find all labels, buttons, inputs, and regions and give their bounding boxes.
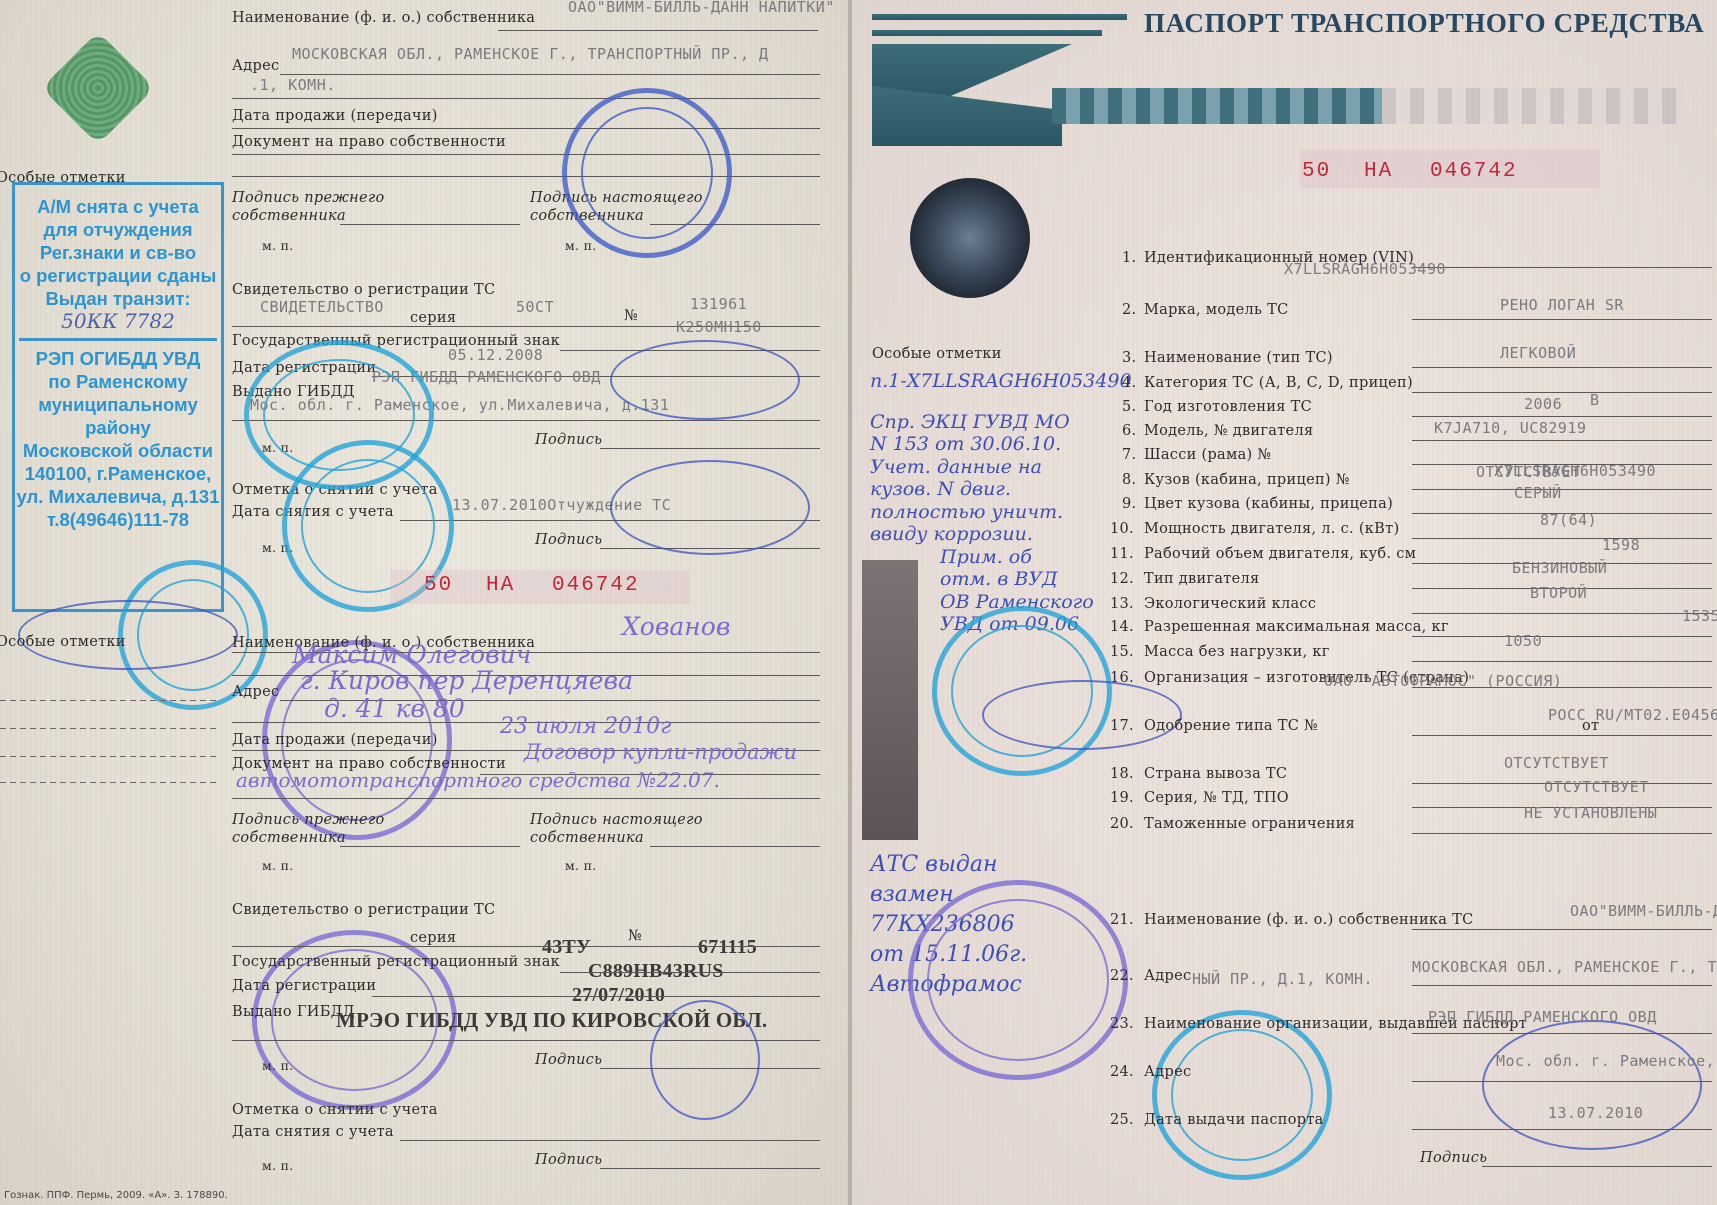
dereg-mark-label: Отметка о снятии с учета (232, 1102, 438, 1118)
field-number: 1. (1122, 250, 1136, 266)
signature-scribble (610, 460, 810, 555)
field-value: СЕРЫЙ (1514, 484, 1562, 502)
stamp-line: РЭП ОГИБДД УВД (15, 347, 221, 370)
stamp-line: ул. Михалевича, д.131 (15, 485, 221, 508)
new-address-handwritten-2: д. 41 кв 80 (324, 694, 465, 723)
field-from-label: от (1582, 718, 1599, 734)
field-number: 17. (1110, 718, 1134, 734)
field-number: 12. (1110, 571, 1134, 587)
new-owner-handwritten-2: Максим Олегович (292, 640, 531, 669)
field-value: ОАО"ВИММ-БИЛЛЬ-ДАНН НАПИ (1570, 902, 1717, 920)
field-label: Одобрение типа ТС № (1144, 718, 1318, 734)
prev-address-value-1: МОСКОВСКАЯ ОБЛ., РАМЕНСКОЕ Г., ТРАНСПОРТ… (292, 45, 769, 63)
plate-value: К250МН150 (676, 318, 762, 336)
field-value: РОСС RU/МТ02.Е04567 24.04.2006 (1548, 706, 1717, 724)
field-value: МОСКОВСКАЯ ОБЛ., РАМЕНСКОЕ Г., ТРАНСПОРТ (1412, 958, 1717, 976)
dereg-date-label: Дата снятия с учета (232, 1124, 394, 1140)
special-marks-label: Особые отметки (872, 346, 1002, 362)
number-value: 131961 (690, 295, 747, 313)
serial-number: 046742 (552, 574, 640, 597)
field-value: 1050 (1504, 632, 1542, 650)
signature-label: Подпись (535, 432, 602, 448)
seal-label: м. п. (262, 858, 293, 873)
field-number: 16. (1110, 670, 1134, 686)
field-label: Цвет кузова (кабины, прицепа) (1144, 496, 1393, 512)
field-number: 3. (1122, 350, 1136, 366)
signature-label: Подпись (535, 532, 602, 548)
field-label: Марка, модель ТС (1144, 302, 1289, 318)
field-value: ОТСУТСТВУЕТ (1504, 754, 1609, 772)
stamp-line: району (15, 416, 221, 439)
prev-address-value-2: .1, КОМН. (250, 76, 336, 94)
field-label: Мощность двигателя, л. с. (кВт) (1144, 521, 1399, 537)
field-value: ВТОРОЙ (1530, 584, 1587, 602)
signature-scribble (1482, 1020, 1702, 1150)
stamp-line: о регистрации сданы (15, 264, 221, 287)
prev-owner-value: ОАО"ВИММ-БИЛЛЬ-ДАНН НАПИТКИ" (568, 0, 835, 16)
signature-scribble (650, 1000, 760, 1120)
field-value: 13.07.2010 (1548, 1104, 1643, 1122)
field-label: Страна вывоза ТС (1144, 766, 1287, 782)
stamp-line: А/М снята с учета (15, 195, 221, 218)
field-number: 11. (1110, 546, 1134, 562)
field-label: Наименование (тип ТС) (1144, 350, 1333, 366)
serial-series: 50 (424, 574, 453, 597)
new-address-handwritten-1: г. Киров пер Деренцяева (300, 666, 633, 695)
field-value: 87(64) (1540, 511, 1597, 529)
new-address-label: Адрес (232, 684, 279, 700)
field-number: 15. (1110, 644, 1134, 660)
seal-label: м. п. (565, 238, 596, 253)
field-value-continued: НЫЙ ПР., Д.1, КОМН. (1192, 970, 1373, 988)
signature-label: Подпись (535, 1052, 602, 1068)
stamp-line: 140100, г.Раменское, (15, 462, 221, 485)
field-value: X7LLSRAGH6H053490 (1284, 260, 1446, 278)
field-label: Модель, № двигателя (1144, 423, 1313, 439)
field-value: ЛЕГКОВОЙ (1500, 344, 1576, 362)
field-number: 5. (1122, 399, 1136, 415)
ownership-doc-handwritten-1: Договор купли-продажи (524, 740, 797, 764)
reg-date-label: Дата регистрации (232, 978, 376, 994)
field-number: 20. (1110, 816, 1134, 832)
cur-owner-signature-label-2: собственника (530, 830, 644, 846)
reg-cert-value: СВИДЕТЕЛЬСТВО (260, 298, 384, 316)
field-value: ОАО "АВТОФРАМОС" (РОССИЯ) (1324, 672, 1562, 690)
field-number: 18. (1110, 766, 1134, 782)
field-number: 21. (1110, 912, 1134, 928)
signature-scribble (982, 680, 1182, 750)
prev-owner-signature-label-2: собственника (232, 830, 346, 846)
field-number: 7. (1122, 447, 1136, 463)
green-security-emblem-icon (41, 31, 154, 144)
field-value: X7LLSRAGH6H053490 (1494, 462, 1656, 480)
field-number: 25. (1110, 1112, 1134, 1128)
field-number: 6. (1122, 423, 1136, 439)
police-round-stamp (1152, 1010, 1332, 1180)
stamp-line: Выдан транзит: (15, 287, 221, 310)
field-label: Рабочий объем двигателя, куб. см (1144, 546, 1416, 562)
number-label: № (628, 928, 642, 944)
stamp-line: для отчуждения (15, 218, 221, 241)
new-owner-handwritten-1: Хованов (622, 612, 730, 641)
seal-label: м. п. (262, 1158, 293, 1173)
signature-label: Подпись (535, 1152, 602, 1168)
field-label: Категория ТС (А, В, С, D, прицеп) (1144, 375, 1413, 391)
cur-owner-signature-label-1: Подпись настоящего (530, 812, 703, 828)
prev-owner-signature-label-1: Подпись прежнего (232, 812, 385, 828)
serial-series: 50 (1302, 160, 1331, 183)
field-number: 19. (1110, 790, 1134, 806)
field-value: B (1590, 391, 1600, 409)
field-number: 10. (1110, 521, 1134, 537)
field-label: Адрес (1144, 1064, 1191, 1080)
field-label: Адрес (1144, 968, 1191, 984)
field-number: 24. (1110, 1064, 1134, 1080)
field-label: Масса без нагрузки, кг (1144, 644, 1330, 660)
print-footer: Гознак. ППФ. Пермь, 2009. «А». З. 178890… (4, 1190, 228, 1201)
series-label: серия (410, 930, 456, 946)
series-label: серия (410, 310, 456, 326)
document-title: ПАСПОРТ ТРАНСПОРТНОГО СРЕДСТВА (1144, 8, 1704, 39)
prev-owner-label: Наименование (ф. и. о.) собственника (232, 10, 535, 26)
prev-sale-date-label: Дата продажи (передачи) (232, 108, 438, 124)
reg-date-value: 05.12.2008 (448, 346, 543, 364)
seal-label: м. п. (565, 858, 596, 873)
ornament-band (1052, 88, 1382, 124)
field-label: Шасси (рама) № (1144, 447, 1271, 463)
series-value: 50СТ (516, 298, 554, 316)
field-value: 2006 (1524, 395, 1562, 413)
stamp-line: т.8(49646)111-78 (15, 508, 221, 531)
field-value: Мос. обл. г. Раменское, ул.Михалевича, д… (1496, 1052, 1717, 1070)
field-value: ОТСУТСТВУЕТ (1544, 778, 1649, 796)
prev-ownership-doc-label: Документ на право собственности (232, 134, 506, 150)
prev-address-label: Адрес (232, 58, 279, 74)
field-label: Год изготовления ТС (1144, 399, 1312, 415)
field-value: K7JA710, UC82919 (1434, 419, 1587, 437)
serial-letters: НА (1364, 160, 1393, 183)
field-value: РЕНО ЛОГАН SR (1500, 296, 1624, 314)
field-number: 8. (1122, 472, 1136, 488)
field-label: Тип двигателя (1144, 571, 1259, 587)
field-label: Экологический класс (1144, 596, 1316, 612)
deregistration-stamp: А/М снята с учета для отчуждения Рег.зна… (12, 182, 224, 612)
stamp-line: муниципальному (15, 393, 221, 416)
field-number: 9. (1122, 496, 1136, 512)
reg-cert-label: Свидетельство о регистрации ТС (232, 282, 495, 298)
seal-label: м. п. (262, 1058, 293, 1073)
field-number: 4. (1122, 375, 1136, 391)
field-number: 14. (1110, 619, 1134, 635)
field-number: 22. (1110, 968, 1134, 984)
transit-plate-handwritten: 50КК 7782 (15, 310, 221, 334)
field-label: Таможенные ограничения (1144, 816, 1355, 832)
field-label: Разрешенная максимальная масса, кг (1144, 619, 1449, 635)
field-value: БЕНЗИНОВЫЙ (1512, 559, 1607, 577)
number-value: 671115 (698, 936, 757, 959)
special-marks-label: Особые отметки (0, 634, 126, 650)
serial-number: 046742 (1430, 160, 1518, 183)
number-label: № (624, 308, 638, 324)
field-value: НЕ УСТАНОВЛЕНЫ (1524, 804, 1657, 822)
field-number: 23. (1110, 1016, 1134, 1032)
field-label: Серия, № ТД, ТПО (1144, 790, 1289, 806)
field-number: 2. (1122, 302, 1136, 318)
police-round-stamp (908, 880, 1128, 1080)
prev-owner-signature-label-2: собственника (232, 208, 346, 224)
stamp-line: Московской области (15, 439, 221, 462)
field-label: Дата выдачи паспорта (1144, 1112, 1324, 1128)
field-label: Кузов (кабина, прицеп) № (1144, 472, 1350, 488)
field-value: 1598 (1602, 536, 1640, 554)
stamp-line: по Раменскому (15, 370, 221, 393)
signature-scribble (610, 340, 800, 420)
new-sale-date-label: Дата продажи (передачи) (232, 732, 438, 748)
sale-date-handwritten: 23 июля 2010г (500, 714, 671, 739)
reg-cert-label: Свидетельство о регистрации ТС (232, 902, 495, 918)
field-value: РЭП ГИБДД РАМЕНСКОГО ОВД (1428, 1008, 1657, 1026)
company-round-stamp (562, 88, 732, 258)
serial-letters: НА (486, 574, 515, 597)
field-value: 1535 (1682, 607, 1717, 625)
field-number: 13. (1110, 596, 1134, 612)
field-label: Наименование (ф. и. о.) собственника ТС (1144, 912, 1474, 928)
stamp-line: Рег.знаки и св-во (15, 241, 221, 264)
plate-label: Государственный регистрационный знак (232, 954, 560, 970)
passport-left-page: Наименование (ф. и. о.) собственника ОАО… (0, 0, 848, 1205)
signature-label: Подпись (1420, 1150, 1487, 1166)
hologram-emblem-icon (910, 178, 1030, 298)
prev-owner-signature-label-1: Подпись прежнего (232, 190, 385, 206)
security-strip (862, 560, 918, 840)
ownership-doc-handwritten-2: автомототранспортного средства №22.07. (236, 768, 720, 792)
seal-label: м. п. (262, 238, 293, 253)
